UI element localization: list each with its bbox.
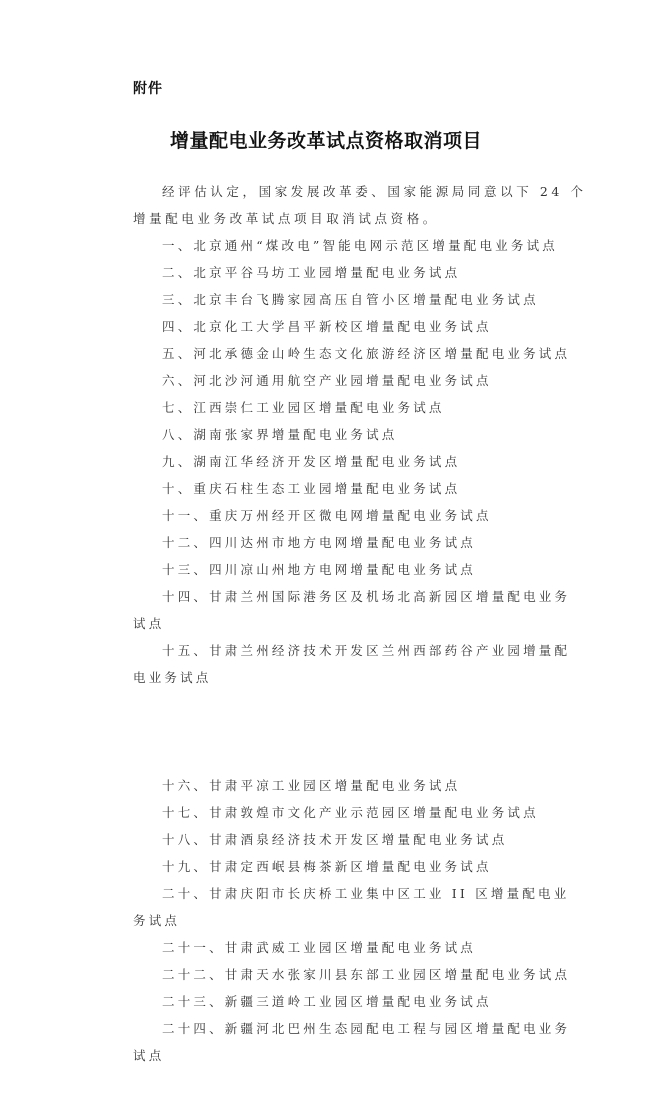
list-item-20-continuation: 务试点 (133, 912, 180, 930)
list-item-21: 二十一、甘肃武威工业园区增量配电业务试点 (162, 939, 476, 957)
list-item-23: 二十三、新疆三道岭工业园区增量配电业务试点 (162, 993, 492, 1011)
list-item-9: 九、湖南江华经济开发区增量配电业务试点 (162, 453, 460, 471)
list-item-16: 十六、甘肃平凉工业园区增量配电业务试点 (162, 777, 460, 795)
list-item-11: 十一、重庆万州经开区微电网增量配电业务试点 (162, 507, 492, 525)
list-item-5: 五、河北承德金山岭生态文化旅游经济区增量配电业务试点 (162, 345, 570, 363)
list-item-14: 十四、甘肃兰州国际港务区及机场北高新园区增量配电业务 (162, 588, 570, 606)
list-item-12: 十二、四川达州市地方电网增量配电业务试点 (162, 534, 476, 552)
list-item-24-continuation: 试点 (133, 1047, 164, 1065)
intro-paragraph-line-2: 增量配电业务改革试点项目取消试点资格。 (133, 210, 439, 228)
document-page: 附件 增量配电业务改革试点资格取消项目 经评估认定，国家发展改革委、国家能源局同… (0, 0, 652, 1095)
list-item-15: 十五、甘肃兰州经济技术开发区兰州西部药谷产业园增量配 (162, 642, 570, 660)
list-item-20: 二十、甘肃庆阳市长庆桥工业集中区工业 II 区增量配电业 (162, 885, 569, 903)
list-item-17: 十七、甘肃敦煌市文化产业示范园区增量配电业务试点 (162, 804, 539, 822)
list-item-10: 十、重庆石柱生态工业园增量配电业务试点 (162, 480, 460, 498)
list-item-7: 七、江西崇仁工业园区增量配电业务试点 (162, 399, 445, 417)
intro-paragraph-line-1: 经评估认定，国家发展改革委、国家能源局同意以下 24 个 (162, 183, 587, 201)
list-item-8: 八、湖南张家界增量配电业务试点 (162, 426, 398, 444)
list-item-19: 十九、甘肃定西岷县梅茶新区增量配电业务试点 (162, 858, 492, 876)
list-item-15-continuation: 电业务试点 (133, 669, 212, 687)
list-item-3: 三、北京丰台飞腾家园高压自管小区增量配电业务试点 (162, 291, 539, 309)
list-item-2: 二、北京平谷马坊工业园增量配电业务试点 (162, 264, 460, 282)
list-item-6: 六、河北沙河通用航空产业园增量配电业务试点 (162, 372, 492, 390)
list-item-14-continuation: 试点 (133, 615, 164, 633)
attachment-label: 附件 (133, 78, 163, 98)
list-item-1: 一、北京通州“煤改电”智能电网示范区增量配电业务试点 (162, 237, 558, 255)
list-item-22: 二十二、甘肃天水张家川县东部工业园区增量配电业务试点 (162, 966, 570, 984)
list-item-13: 十三、四川凉山州地方电网增量配电业务试点 (162, 561, 476, 579)
document-title: 增量配电业务改革试点资格取消项目 (0, 126, 652, 153)
list-item-18: 十八、甘肃酒泉经济技术开发区增量配电业务试点 (162, 831, 507, 849)
list-item-24: 二十四、新疆河北巴州生态园配电工程与园区增量配电业务 (162, 1020, 570, 1038)
list-item-4: 四、北京化工大学昌平新校区增量配电业务试点 (162, 318, 492, 336)
